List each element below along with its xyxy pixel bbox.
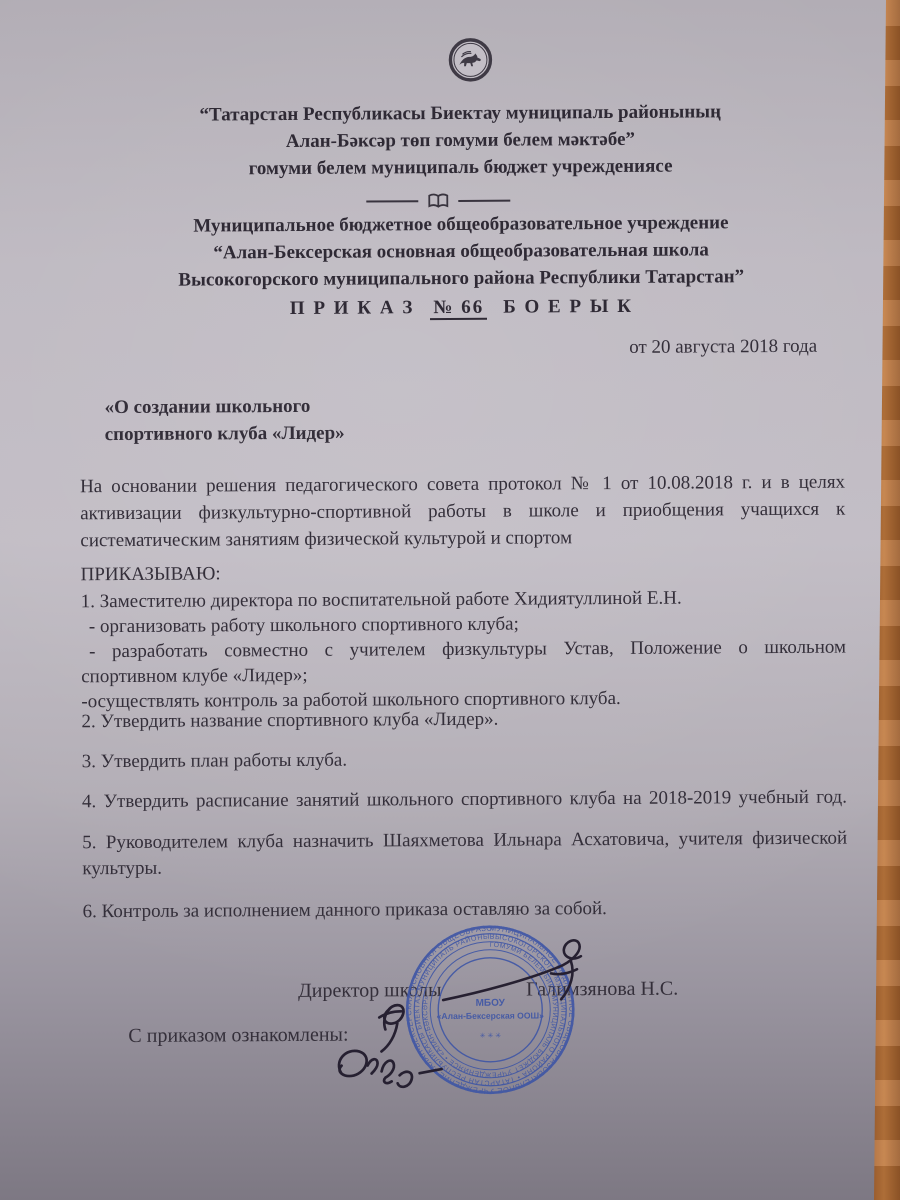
order-title: П Р И К А З№ 66Б О Е Р Ы К — [79, 295, 844, 322]
resolution-heading: ПРИКАЗЫВАЮ: — [80, 558, 845, 589]
order-title-suffix: Б О Е Р Ы К — [503, 296, 633, 318]
preamble-line-1: На основании решения педагогического сов… — [80, 470, 845, 501]
letterhead-tatar-line-1: “Татарстан Республикасы Биектау муниципа… — [78, 99, 843, 130]
tatarstan-emblem-icon — [448, 38, 492, 82]
resolution-item-4: 4. Утвердить расписание занятий школьног… — [82, 785, 847, 816]
letterhead-tatar-line-2: Алан-Бәксәр төп гомуми белем мәктәбе” — [78, 126, 843, 157]
subject-line-2: спортивного клуба «Лидер» — [105, 418, 845, 449]
acknowledgement-signatures — [323, 995, 504, 1101]
order-date: от 20 августа 2018 года — [79, 334, 817, 365]
open-book-icon — [427, 193, 449, 209]
photographed-document: “Татарстан Республикасы Биектау муниципа… — [0, 0, 900, 1200]
document-content: “Татарстан Республикасы Биектау муниципа… — [0, 0, 900, 1200]
subject-line-1: «О создании школьного — [104, 391, 844, 422]
resolution-item-2: 2. Утвердить название спортивного клуба … — [81, 705, 846, 736]
preamble-line-2: активизации физкультурно-спортивной рабо… — [80, 497, 845, 528]
order-number: № 66 — [430, 297, 487, 320]
divider-bar-right — [458, 200, 510, 202]
letterhead-tatar-line-3: гомуми белем муниципаль бюджет учреждени… — [78, 153, 843, 184]
resolution-item-3: 3. Утвердить план работы клуба. — [82, 745, 847, 776]
resolution-item-5-cont: культуры. — [82, 852, 847, 883]
order-title-prefix: П Р И К А З — [290, 297, 415, 319]
divider-bar-left — [366, 200, 418, 202]
letterhead-russian-line-2: “Алан-Бексерская основная общеобразовате… — [79, 237, 844, 268]
letterhead-russian-line-1: Муниципальное бюджетное общеобразователь… — [78, 210, 843, 241]
preamble-line-3: систематическим занятиям физической куль… — [80, 524, 845, 555]
document-paper: “Татарстан Республикасы Биектау муниципа… — [0, 0, 900, 1200]
letterhead-russian-line-3: Высокогорского муниципального района Рес… — [79, 264, 844, 295]
resolution-item-6: 6. Контроль за исполнением данного прика… — [83, 895, 848, 926]
